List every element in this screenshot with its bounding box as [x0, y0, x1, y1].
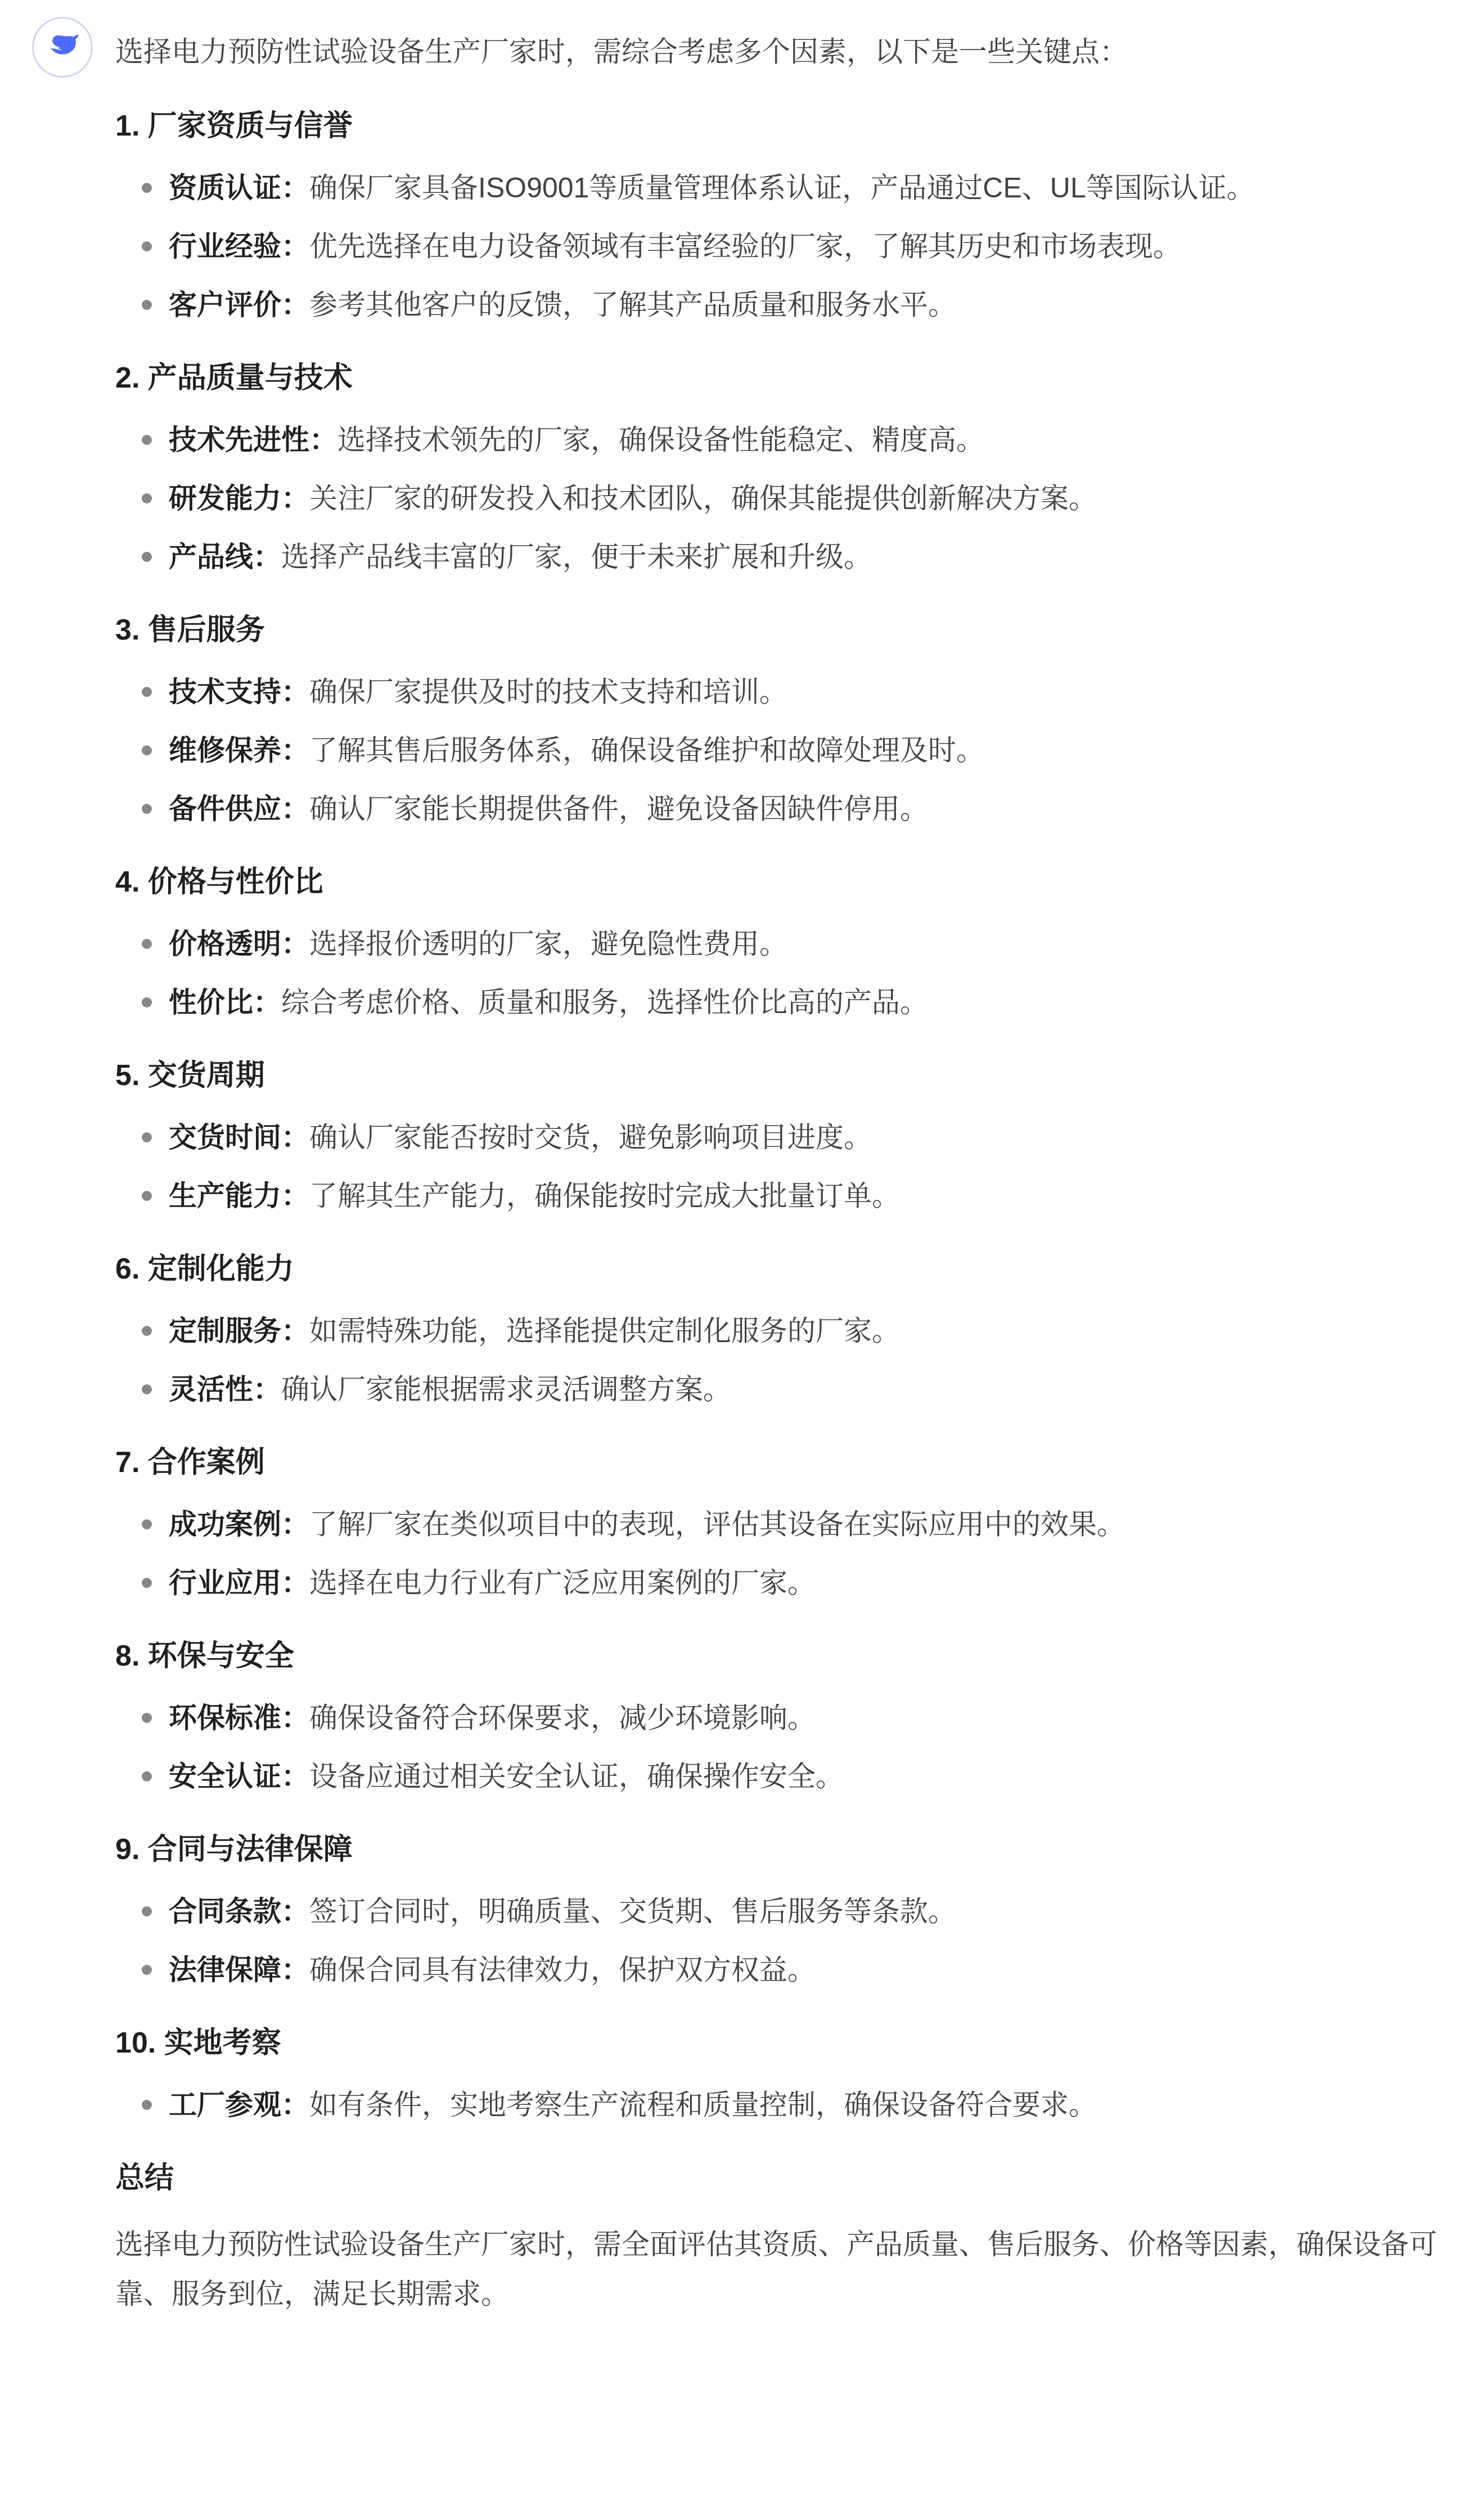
chat-message-area: 选择电力预防性试验设备生产厂家时，需综合考虑多个因素，以下是一些关键点： 1. … [0, 0, 1459, 2330]
section: 9. 合同与法律保障 合同条款：签订合同时，明确质量、交货期、售后服务等条款。 … [115, 1830, 1439, 1990]
item-term: 产品线： [169, 541, 281, 573]
section-list: 技术支持：确保厂家提供及时的技术支持和培训。 维修保养：了解其售后服务体系，确保… [115, 672, 1439, 829]
item-term: 价格透明： [169, 928, 309, 960]
item-term: 灵活性： [169, 1374, 281, 1405]
section: 2. 产品质量与技术 技术先进性：选择技术领先的厂家，确保设备性能稳定、精度高。… [115, 359, 1439, 577]
section-list: 交货时间：确认厂家能否按时交货，避免影响项目进度。 生产能力：了解其生产能力，确… [115, 1117, 1439, 1216]
item-term: 维修保养： [169, 735, 309, 766]
item-desc: 了解其售后服务体系，确保设备维护和故障处理及时。 [309, 735, 984, 766]
section-heading: 8. 环保与安全 [115, 1637, 1439, 1675]
item-term: 研发能力： [169, 483, 309, 514]
section: 10. 实地考察 工厂参观：如有条件，实地考察生产流程和质量控制，确保设备符合要… [115, 2024, 1439, 2125]
section: 6. 定制化能力 定制服务：如需特殊功能，选择能提供定制化服务的厂家。 灵活性：… [115, 1250, 1439, 1410]
list-item: 性价比：综合考虑价格、质量和服务，选择性价比高的产品。 [115, 982, 1439, 1023]
section-heading: 7. 合作案例 [115, 1443, 1439, 1482]
item-desc: 选择产品线丰富的厂家，便于未来扩展和升级。 [281, 541, 872, 573]
list-item: 合同条款：签订合同时，明确质量、交货期、售后服务等条款。 [115, 1891, 1439, 1932]
item-desc: 确保厂家具备ISO9001等质量管理体系认证，产品通过CE、UL等国际认证。 [309, 172, 1255, 204]
assistant-message: 选择电力预防性试验设备生产厂家时，需综合考虑多个因素，以下是一些关键点： 1. … [0, 0, 1459, 2330]
list-item: 产品线：选择产品线丰富的厂家，便于未来扩展和升级。 [115, 537, 1439, 577]
list-item: 工厂参观：如有条件，实地考察生产流程和质量控制，确保设备符合要求。 [115, 2085, 1439, 2125]
item-desc: 选择报价透明的厂家，避免隐性费用。 [309, 928, 787, 960]
item-desc: 选择技术领先的厂家，确保设备性能稳定、精度高。 [337, 424, 984, 456]
item-term: 工厂参观： [169, 2089, 309, 2121]
item-term: 合同条款： [169, 1896, 309, 1927]
item-desc: 确保厂家提供及时的技术支持和培训。 [309, 676, 787, 708]
section: 4. 价格与性价比 价格透明：选择报价透明的厂家，避免隐性费用。 性价比：综合考… [115, 863, 1439, 1023]
section-list: 价格透明：选择报价透明的厂家，避免隐性费用。 性价比：综合考虑价格、质量和服务，… [115, 924, 1439, 1023]
item-term: 法律保障： [169, 1954, 309, 1986]
item-desc: 如需特殊功能，选择能提供定制化服务的厂家。 [309, 1315, 900, 1347]
item-desc: 确保合同具有法律效力，保护双方权益。 [309, 1954, 816, 1986]
list-item: 技术先进性：选择技术领先的厂家，确保设备性能稳定、精度高。 [115, 420, 1439, 460]
list-item: 成功案例：了解厂家在类似项目中的表现，评估其设备在实际应用中的效果。 [115, 1504, 1439, 1545]
list-item: 价格透明：选择报价透明的厂家，避免隐性费用。 [115, 924, 1439, 964]
section-heading: 4. 价格与性价比 [115, 863, 1439, 901]
list-item: 行业应用：选择在电力行业有广泛应用案例的厂家。 [115, 1563, 1439, 1603]
item-term: 行业应用： [169, 1567, 309, 1599]
section-list: 技术先进性：选择技术领先的厂家，确保设备性能稳定、精度高。 研发能力：关注厂家的… [115, 420, 1439, 577]
list-item: 行业经验：优先选择在电力设备领域有丰富经验的厂家，了解其历史和市场表现。 [115, 226, 1439, 267]
section-heading: 10. 实地考察 [115, 2024, 1439, 2062]
section-list: 资质认证：确保厂家具备ISO9001等质量管理体系认证，产品通过CE、UL等国际… [115, 168, 1439, 325]
item-term: 技术先进性： [169, 424, 337, 456]
list-item: 法律保障：确保合同具有法律效力，保护双方权益。 [115, 1950, 1439, 1990]
list-item: 备件供应：确认厂家能长期提供备件，避免设备因缺件停用。 [115, 789, 1439, 829]
item-term: 环保标准： [169, 1702, 309, 1734]
sections-container: 1. 厂家资质与信誉 资质认证：确保厂家具备ISO9001等质量管理体系认证，产… [115, 107, 1439, 2125]
list-item: 客户评价：参考其他客户的反馈，了解其产品质量和服务水平。 [115, 285, 1439, 325]
item-term: 生产能力： [169, 1180, 309, 1212]
deepseek-whale-icon [45, 30, 80, 65]
item-desc: 关注厂家的研发投入和技术团队，确保其能提供创新解决方案。 [309, 483, 1097, 514]
list-item: 交货时间：确认厂家能否按时交货，避免影响项目进度。 [115, 1117, 1439, 1158]
list-item: 灵活性：确认厂家能根据需求灵活调整方案。 [115, 1369, 1439, 1410]
section-heading: 9. 合同与法律保障 [115, 1830, 1439, 1869]
item-term: 资质认证： [169, 172, 309, 204]
item-desc: 确保设备符合环保要求，减少环境影响。 [309, 1702, 816, 1734]
item-term: 定制服务： [169, 1315, 309, 1347]
item-desc: 签订合同时，明确质量、交货期、售后服务等条款。 [309, 1896, 956, 1927]
message-content: 选择电力预防性试验设备生产厂家时，需综合考虑多个因素，以下是一些关键点： 1. … [115, 31, 1439, 2330]
list-item: 环保标准：确保设备符合环保要求，减少环境影响。 [115, 1698, 1439, 1738]
summary-heading: 总结 [115, 2159, 1439, 2197]
item-term: 技术支持： [169, 676, 309, 708]
item-desc: 确认厂家能根据需求灵活调整方案。 [281, 1374, 731, 1405]
section-heading: 6. 定制化能力 [115, 1250, 1439, 1288]
item-term: 客户评价： [169, 289, 309, 321]
list-item: 安全认证：设备应通过相关安全认证，确保操作安全。 [115, 1756, 1439, 1797]
section-heading: 2. 产品质量与技术 [115, 359, 1439, 397]
item-term: 安全认证： [169, 1761, 309, 1792]
item-desc: 了解厂家在类似项目中的表现，评估其设备在实际应用中的效果。 [309, 1509, 1125, 1540]
intro-paragraph: 选择电力预防性试验设备生产厂家时，需综合考虑多个因素，以下是一些关键点： [115, 31, 1439, 73]
list-item: 定制服务：如需特殊功能，选择能提供定制化服务的厂家。 [115, 1311, 1439, 1351]
item-desc: 参考其他客户的反馈，了解其产品质量和服务水平。 [309, 289, 956, 321]
item-term: 性价比： [169, 987, 281, 1018]
section-heading: 3. 售后服务 [115, 611, 1439, 649]
section: 7. 合作案例 成功案例：了解厂家在类似项目中的表现，评估其设备在实际应用中的效… [115, 1443, 1439, 1603]
item-desc: 优先选择在电力设备领域有丰富经验的厂家，了解其历史和市场表现。 [309, 231, 1181, 262]
assistant-avatar [32, 17, 93, 78]
list-item: 生产能力：了解其生产能力，确保能按时完成大批量订单。 [115, 1176, 1439, 1216]
item-term: 成功案例： [169, 1509, 309, 1540]
item-desc: 如有条件，实地考察生产流程和质量控制，确保设备符合要求。 [309, 2089, 1097, 2121]
list-item: 维修保养：了解其售后服务体系，确保设备维护和故障处理及时。 [115, 730, 1439, 771]
item-desc: 选择在电力行业有广泛应用案例的厂家。 [309, 1567, 816, 1599]
section-list: 工厂参观：如有条件，实地考察生产流程和质量控制，确保设备符合要求。 [115, 2085, 1439, 2125]
item-desc: 设备应通过相关安全认证，确保操作安全。 [309, 1761, 844, 1792]
section-heading: 5. 交货周期 [115, 1056, 1439, 1095]
list-item: 资质认证：确保厂家具备ISO9001等质量管理体系认证，产品通过CE、UL等国际… [115, 168, 1439, 208]
section: 3. 售后服务 技术支持：确保厂家提供及时的技术支持和培训。 维修保养：了解其售… [115, 611, 1439, 829]
item-desc: 确认厂家能长期提供备件，避免设备因缺件停用。 [309, 793, 928, 825]
section: 1. 厂家资质与信誉 资质认证：确保厂家具备ISO9001等质量管理体系认证，产… [115, 107, 1439, 325]
section: 5. 交货周期 交货时间：确认厂家能否按时交货，避免影响项目进度。 生产能力：了… [115, 1056, 1439, 1216]
section-list: 环保标准：确保设备符合环保要求，减少环境影响。 安全认证：设备应通过相关安全认证… [115, 1698, 1439, 1797]
section-list: 成功案例：了解厂家在类似项目中的表现，评估其设备在实际应用中的效果。 行业应用：… [115, 1504, 1439, 1603]
section-list: 合同条款：签订合同时，明确质量、交货期、售后服务等条款。 法律保障：确保合同具有… [115, 1891, 1439, 1990]
item-desc: 了解其生产能力，确保能按时完成大批量订单。 [309, 1180, 900, 1212]
section-list: 定制服务：如需特殊功能，选择能提供定制化服务的厂家。 灵活性：确认厂家能根据需求… [115, 1311, 1439, 1410]
list-item: 研发能力：关注厂家的研发投入和技术团队，确保其能提供创新解决方案。 [115, 478, 1439, 519]
item-term: 备件供应： [169, 793, 309, 825]
list-item: 技术支持：确保厂家提供及时的技术支持和培训。 [115, 672, 1439, 712]
item-term: 行业经验： [169, 231, 309, 262]
item-desc: 确认厂家能否按时交货，避免影响项目进度。 [309, 1122, 872, 1153]
summary-paragraph: 选择电力预防性试验设备生产厂家时，需全面评估其资质、产品质量、售后服务、价格等因… [115, 2220, 1439, 2330]
item-desc: 综合考虑价格、质量和服务，选择性价比高的产品。 [281, 987, 928, 1018]
item-term: 交货时间： [169, 1122, 309, 1153]
section-heading: 1. 厂家资质与信誉 [115, 107, 1439, 145]
section: 8. 环保与安全 环保标准：确保设备符合环保要求，减少环境影响。 安全认证：设备… [115, 1637, 1439, 1797]
